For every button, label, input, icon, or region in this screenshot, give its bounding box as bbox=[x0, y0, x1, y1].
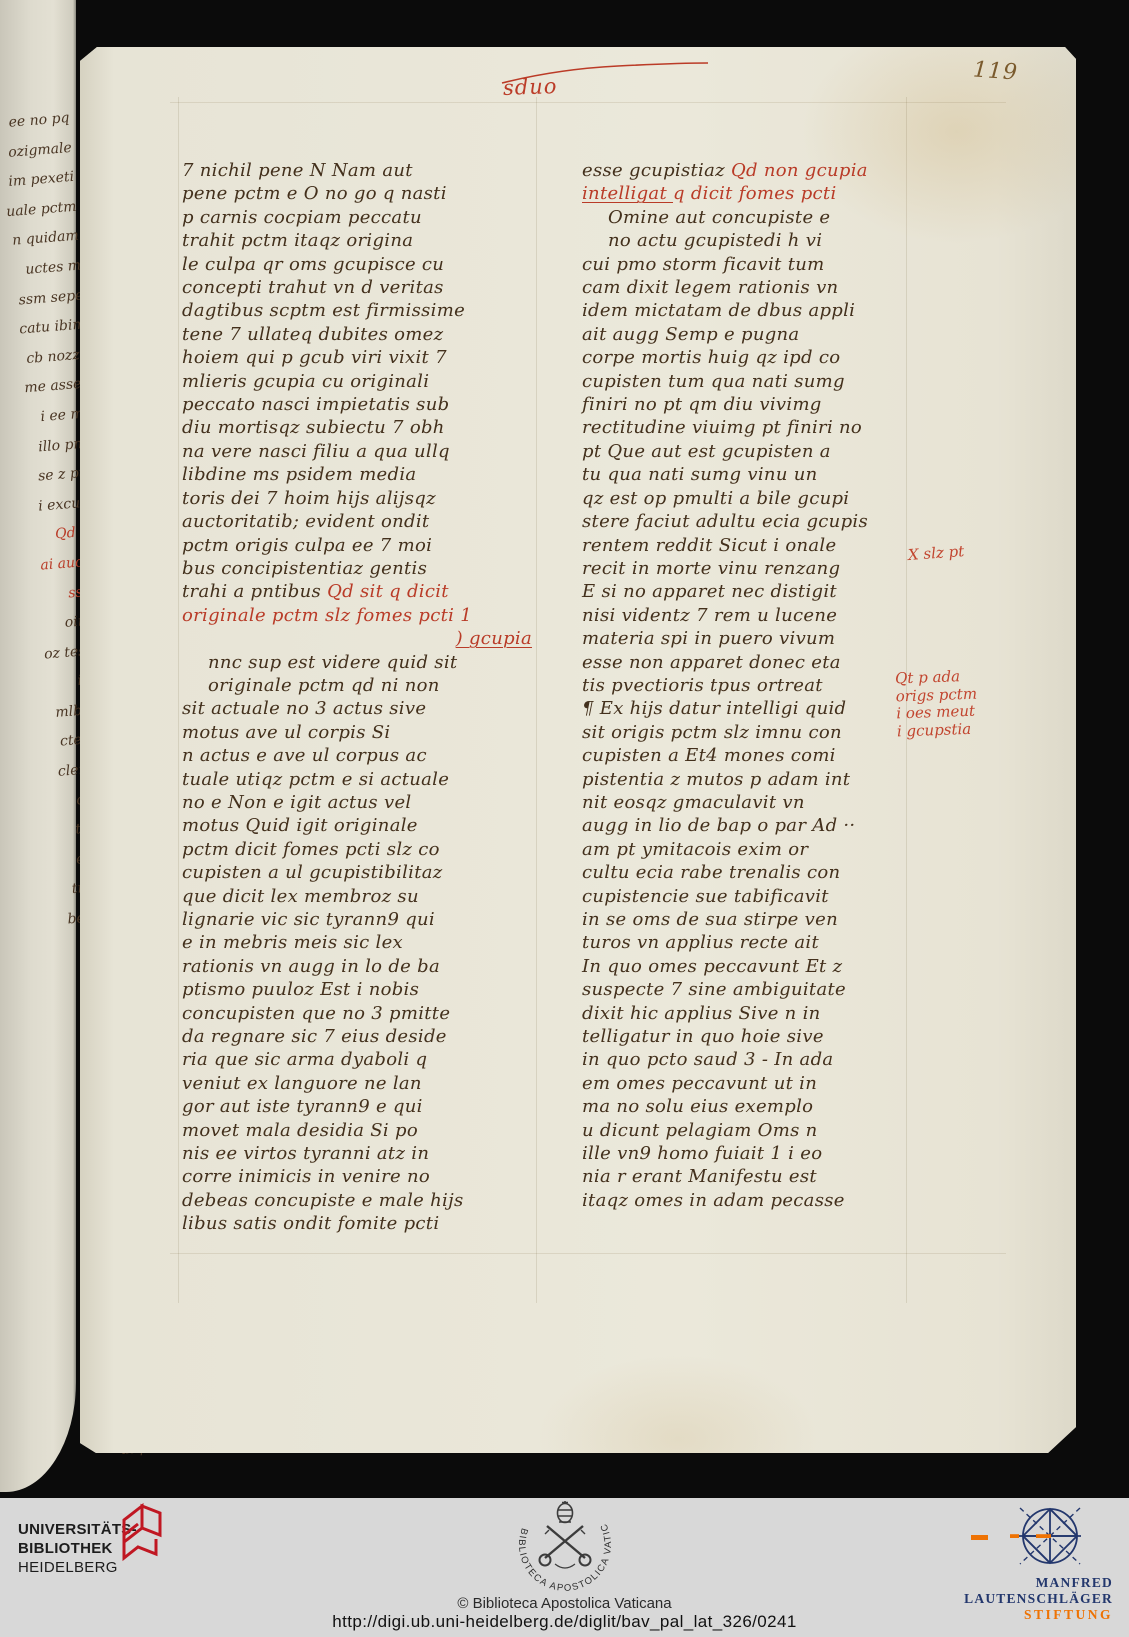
text-column-left: 7 nichil pene N Nam autpene pctm e O no … bbox=[182, 159, 560, 1236]
text-segment: lignarie vic sic tyrann9 qui bbox=[182, 909, 435, 930]
footer-bar: UNIVERSITÄTS- BIBLIOTHEK HEIDELBERG bbox=[0, 1498, 1129, 1637]
manuscript-line: dagtibus scptm est firmissime bbox=[182, 299, 560, 322]
text-segment: concupisten que no 3 pmitte bbox=[182, 1003, 450, 1024]
manuscript-line: motus ave ul corpis Si bbox=[182, 721, 560, 744]
text-segment: debeas concupiste e male hijs bbox=[182, 1190, 464, 1211]
text-segment: n actus e ave ul corpus ac bbox=[182, 745, 427, 766]
manuscript-line: nit eosqz gmaculavit vn bbox=[582, 791, 934, 814]
text-segment: cam dixit legem rationis vn bbox=[582, 277, 838, 298]
manuscript-line: rectitudine viuimg pt finiri no bbox=[582, 416, 934, 439]
running-title: sduo bbox=[503, 74, 558, 100]
text-segment: tuale utiqz pctm e si actuale bbox=[182, 769, 449, 790]
text-segment: sit origis pctm slz imnu con bbox=[582, 722, 842, 743]
crossed-keys-icon bbox=[540, 1526, 591, 1568]
manuscript-line: rentem reddit Sicut i onale bbox=[582, 534, 934, 557]
text-segment: q dicit fomes pcti bbox=[673, 183, 837, 204]
ruling-line-bottom bbox=[170, 1253, 1006, 1254]
text-segment: Qd sit q dicit bbox=[327, 581, 449, 602]
text-segment: veniut ex languore ne lan bbox=[182, 1073, 422, 1094]
ruling-line-top bbox=[170, 102, 1006, 103]
manuscript-line: diu mortisqz subiectu 7 obh bbox=[182, 416, 560, 439]
manuscript-line: concepti trahut vn d veritas bbox=[182, 276, 560, 299]
manuscript-line: pctm origis culpa ee 7 moi bbox=[182, 534, 560, 557]
manuscript-line: ria que sic arma dyaboli q bbox=[182, 1048, 560, 1071]
text-segment: tene 7 ullateq dubites omez bbox=[182, 324, 443, 345]
manuscript-line: gor aut iste tyrann9 e qui bbox=[182, 1095, 560, 1118]
manuscript-line: movet mala desidia Si po bbox=[182, 1119, 560, 1142]
manuscript-line: cupisten a ul gcupistibilitaz bbox=[182, 861, 560, 884]
vatican-seal: BIBLIOTECA APOSTOLICA VATICANA bbox=[499, 1500, 631, 1599]
manuscript-line: in se oms de sua stirpe ven bbox=[582, 908, 934, 931]
ml-line-3: STIFTUNG bbox=[964, 1607, 1113, 1623]
text-segment: no e Non e igit actus vel bbox=[182, 792, 411, 813]
manuscript-line: bus concipistentiaz gentis bbox=[182, 557, 560, 580]
text-segment: cultu ecia rabe trenalis con bbox=[582, 862, 840, 883]
manuscript-line: tu qua nati sumg vinu un bbox=[582, 463, 934, 486]
manuscript-line: debeas concupiste e male hijs bbox=[182, 1189, 560, 1212]
text-segment: p carnis cocpiam peccatu bbox=[182, 207, 422, 228]
manuscript-line: u dicunt pelagiam Oms n bbox=[582, 1119, 934, 1142]
manuscript-line: peccato nasci impietatis sub bbox=[182, 393, 560, 416]
manuscript-line: nis ee virtos tyranni atz in bbox=[182, 1142, 560, 1165]
manuscript-line: corre inimicis in venire no bbox=[182, 1165, 560, 1188]
ml-line-1: MANFRED bbox=[964, 1575, 1113, 1591]
manuscript-line: trahi a pntibus Qd sit q dicit bbox=[182, 580, 560, 603]
manuscript-line: materia spi in puero vivum bbox=[582, 627, 934, 650]
text-segment: rectitudine viuimg pt finiri no bbox=[582, 417, 862, 438]
manuscript-line: 7 nichil pene N Nam aut bbox=[182, 159, 560, 182]
text-segment: trahit pctm itaqz origina bbox=[182, 230, 413, 251]
text-segment: ) gcupia bbox=[456, 628, 532, 649]
manuscript-line: cupisten tum qua nati sumg bbox=[582, 370, 934, 393]
text-segment: nnc sup est videre quid sit bbox=[208, 652, 457, 673]
margin-note-rubric-1: X slz pt bbox=[907, 543, 964, 564]
manuscript-line: esse gcupistiaz Qd non gcupia bbox=[582, 159, 934, 182]
manuscript-line: tene 7 ullateq dubites omez bbox=[182, 323, 560, 346]
text-segment: nia r erant Manifestu est bbox=[582, 1166, 817, 1187]
text-segment: mlieris gcupia cu originali bbox=[182, 371, 429, 392]
manuscript-line: lignarie vic sic tyrann9 qui bbox=[182, 908, 560, 931]
text-segment: rentem reddit Sicut i onale bbox=[582, 535, 836, 556]
manuscript-line: ¶ Ex hijs datur intelligi quid bbox=[582, 697, 934, 720]
text-segment: intelligat bbox=[582, 183, 673, 204]
manuscript-line: E si no apparet nec distigit bbox=[582, 580, 934, 603]
text-segment: E si no apparet nec distigit bbox=[582, 581, 837, 602]
manuscript-line: hoiem qui p gcub viri vixit 7 bbox=[182, 346, 560, 369]
text-segment: concepti trahut vn d veritas bbox=[182, 277, 444, 298]
text-segment: bus concipistentiaz gentis bbox=[182, 558, 427, 579]
manuscript-line: cupisten a Et4 mones comi bbox=[582, 744, 934, 767]
text-segment: no actu gcupistedi h vi bbox=[608, 230, 822, 251]
manuscript-line: pctm dicit fomes pcti slz co bbox=[182, 838, 560, 861]
text-segment: telligatur in quo hoie sive bbox=[582, 1026, 824, 1047]
manuscript-line: cupistencie sue tabificavit bbox=[582, 885, 934, 908]
text-segment: suspecte 7 sine ambiguitate bbox=[582, 979, 846, 1000]
text-segment: cupistencie sue tabificavit bbox=[582, 886, 829, 907]
manuscript-line: recit in morte vinu renzang bbox=[582, 557, 934, 580]
manuscript-line: rationis vn augg in lo de ba bbox=[182, 955, 560, 978]
text-segment: itaqz omes in adam pecasse bbox=[582, 1190, 845, 1211]
text-segment: dixit hic applius Sive n in bbox=[582, 1003, 821, 1024]
manuscript-line: motus Quid igit originale bbox=[182, 814, 560, 837]
manuscript-line: esse non apparet donec eta bbox=[582, 651, 934, 674]
copyright-line: © Biblioteca Apostolica Vaticana bbox=[0, 1595, 1129, 1612]
manuscript-page: sduo 119 7 nichil pene N Nam autpene pct… bbox=[80, 47, 1076, 1453]
margin-note-rubric-2: Qt p adaorigs pctmi oes meuti gcupstia bbox=[895, 668, 979, 741]
text-segment: movet mala desidia Si po bbox=[182, 1120, 418, 1141]
manuscript-line: libdine ms psidem media bbox=[182, 463, 560, 486]
manuscript-line: stere faciut adultu ecia gcupis bbox=[582, 510, 934, 533]
orange-dash bbox=[971, 1535, 988, 1540]
manuscript-line: tis pvectioris tpus ortreat bbox=[582, 674, 934, 697]
text-segment: originale pctm qd ni non bbox=[208, 675, 440, 696]
margin-note-line: i gcupstia bbox=[897, 720, 979, 740]
text-segment: cupisten tum qua nati sumg bbox=[582, 371, 845, 392]
text-segment: tis pvectioris tpus ortreat bbox=[582, 675, 823, 696]
manuscript-line: nia r erant Manifestu est bbox=[582, 1165, 934, 1188]
manuscript-line: pene pctm e O no go q nasti bbox=[182, 182, 560, 205]
text-segment: 7 nichil pene N Nam aut bbox=[182, 160, 413, 181]
manuscript-line: ma no solu eius exemplo bbox=[582, 1095, 934, 1118]
text-segment: trahi a pntibus bbox=[182, 581, 327, 602]
text-segment: qz est op pmulti a bile gcupi bbox=[582, 488, 849, 509]
manuscript-line: cui pmo storm ficavit tum bbox=[582, 253, 934, 276]
text-segment: turos vn applius recte ait bbox=[582, 932, 819, 953]
text-segment: ria que sic arma dyaboli q bbox=[182, 1049, 427, 1070]
text-segment: motus Quid igit originale bbox=[182, 815, 418, 836]
text-segment: hoiem qui p gcub viri vixit 7 bbox=[182, 347, 447, 368]
text-segment: In quo omes peccavunt Et z bbox=[582, 956, 842, 977]
manuscript-line: cam dixit legem rationis vn bbox=[582, 276, 934, 299]
manuscript-line: finiri no pt qm diu vivimg bbox=[582, 393, 934, 416]
manuscript-line: sit actuale no 3 actus sive bbox=[182, 697, 560, 720]
text-segment: tu qua nati sumg vinu un bbox=[582, 464, 818, 485]
ml-line-2: LAUTENSCHLÄGER bbox=[964, 1591, 1113, 1607]
text-segment: nis ee virtos tyranni atz in bbox=[182, 1143, 429, 1164]
manuscript-line: telligatur in quo hoie sive bbox=[582, 1025, 934, 1048]
text-column-right: esse gcupistiaz Qd non gcupiaintelligat … bbox=[582, 159, 934, 1212]
manuscript-line: idem mictatam de dbus appli bbox=[582, 299, 934, 322]
text-segment: ma no solu eius exemplo bbox=[582, 1096, 813, 1117]
tiara-icon bbox=[558, 1501, 573, 1523]
text-segment: u dicunt pelagiam Oms n bbox=[582, 1120, 818, 1141]
text-segment: materia spi in puero vivum bbox=[582, 628, 835, 649]
ub-heidelberg-book-icon bbox=[112, 1502, 168, 1572]
text-segment: na vere nasci filiu a qua ullq bbox=[182, 441, 450, 462]
manuscript-line: pt Que aut est gcupisten a bbox=[582, 440, 934, 463]
manuscript-line: que dicit lex membroz su bbox=[182, 885, 560, 908]
manuscript-line: no actu gcupistedi h vi bbox=[582, 229, 934, 252]
ml-stiftung-compass-icon bbox=[1008, 1500, 1086, 1572]
manuscript-line: augg in lio de bap o par Ad ·· bbox=[582, 814, 934, 837]
manuscript-line: am pt ymitacois exim or bbox=[582, 838, 934, 861]
manuscript-line: da regnare sic 7 eius deside bbox=[182, 1025, 560, 1048]
text-segment: diu mortisqz subiectu 7 obh bbox=[182, 417, 445, 438]
manuscript-line: auctoritatib; evident ondit bbox=[182, 510, 560, 533]
text-segment: gor aut iste tyrann9 e qui bbox=[182, 1096, 423, 1117]
text-segment: stere faciut adultu ecia gcupis bbox=[582, 511, 868, 532]
manuscript-line: qz est op pmulti a bile gcupi bbox=[582, 487, 934, 510]
manuscript-line: mlieris gcupia cu originali bbox=[182, 370, 560, 393]
text-segment: libdine ms psidem media bbox=[182, 464, 416, 485]
text-segment: le culpa qr oms gcupisce cu bbox=[182, 254, 444, 275]
manuscript-line: cultu ecia rabe trenalis con bbox=[582, 861, 934, 884]
manuscript-line: no e Non e igit actus vel bbox=[182, 791, 560, 814]
manuscript-line: originale pctm qd ni non bbox=[182, 674, 560, 697]
manuscript-line: dixit hic applius Sive n in bbox=[582, 1002, 934, 1025]
text-segment: pctm dicit fomes pcti slz co bbox=[182, 839, 440, 860]
manuscript-line: corpe mortis huig qz ipd co bbox=[582, 346, 934, 369]
manuscript-line: turos vn applius recte ait bbox=[582, 931, 934, 954]
text-segment: in se oms de sua stirpe ven bbox=[582, 909, 838, 930]
text-segment: esse non apparet donec eta bbox=[582, 652, 841, 673]
text-segment: que dicit lex membroz su bbox=[182, 886, 419, 907]
manuscript-line: pistentia z mutos p adam int bbox=[582, 768, 934, 791]
text-segment: libus satis ondit fomite pcti bbox=[182, 1213, 439, 1234]
text-segment: recit in morte vinu renzang bbox=[582, 558, 840, 579]
text-segment: augg in lio de bap o par Ad ·· bbox=[582, 815, 855, 836]
manuscript-line: concupisten que no 3 pmitte bbox=[182, 1002, 560, 1025]
text-segment: toris dei 7 hoim hijs alijsqz bbox=[182, 488, 436, 509]
manuscript-line: in quo pcto saud 3 - In ada bbox=[582, 1048, 934, 1071]
text-segment: in quo pcto saud 3 - In ada bbox=[582, 1049, 833, 1070]
manuscript-line: libus satis ondit fomite pcti bbox=[182, 1212, 560, 1235]
text-segment: pene pctm e O no go q nasti bbox=[182, 183, 447, 204]
text-segment: originale pctm slz fomes pcti 1 bbox=[182, 605, 472, 626]
text-segment: rationis vn augg in lo de ba bbox=[182, 956, 440, 977]
manuscript-line: nnc sup est videre quid sit bbox=[182, 651, 560, 674]
text-segment: Qd non gcupia bbox=[731, 160, 868, 181]
text-segment: ille vn9 homo fuiait 1 i eo bbox=[582, 1143, 822, 1164]
text-segment: pctm origis culpa ee 7 moi bbox=[182, 535, 432, 556]
manuscript-line: e in mebris meis sic lex bbox=[182, 931, 560, 954]
manuscript-line: trahit pctm itaqz origina bbox=[182, 229, 560, 252]
manuscript-line: p carnis cocpiam peccatu bbox=[182, 206, 560, 229]
text-segment: em omes peccavunt ut in bbox=[582, 1073, 817, 1094]
text-segment: motus ave ul corpis Si bbox=[182, 722, 391, 743]
manuscript-line: intelligat q dicit fomes pcti bbox=[582, 182, 934, 205]
manuscript-line: toris dei 7 hoim hijs alijsqz bbox=[182, 487, 560, 510]
manuscript-line: itaqz omes in adam pecasse bbox=[582, 1189, 934, 1212]
manuscript-line: em omes peccavunt ut in bbox=[582, 1072, 934, 1095]
text-segment: corpe mortis huig qz ipd co bbox=[582, 347, 840, 368]
manuscript-line: ait augg Semp e pugna bbox=[582, 323, 934, 346]
text-segment: auctoritatib; evident ondit bbox=[182, 511, 429, 532]
text-segment: Omine aut concupiste e bbox=[608, 207, 830, 228]
text-segment: nisi videntz 7 rem u lucene bbox=[582, 605, 837, 626]
text-segment: sit actuale no 3 actus sive bbox=[182, 698, 426, 719]
text-segment: esse gcupistiaz bbox=[582, 160, 731, 181]
text-segment: ptismo puuloz Est i nobis bbox=[182, 979, 419, 1000]
manuscript-line: le culpa qr oms gcupisce cu bbox=[182, 253, 560, 276]
digitized-manuscript-viewer: ee no pqozigmaleim pexetiuale pctmn quid… bbox=[0, 0, 1129, 1637]
manuscript-line: originale pctm slz fomes pcti 1 bbox=[182, 604, 560, 627]
text-segment: corre inimicis in venire no bbox=[182, 1166, 430, 1187]
text-segment: nit eosqz gmaculavit vn bbox=[582, 792, 805, 813]
facing-page-edge: ee no pqozigmaleim pexetiuale pctmn quid… bbox=[0, 0, 76, 1492]
manuscript-line: n actus e ave ul corpus ac bbox=[182, 744, 560, 767]
manuscript-line: ille vn9 homo fuiait 1 i eo bbox=[582, 1142, 934, 1165]
text-segment: ait augg Semp e pugna bbox=[582, 324, 799, 345]
text-segment: finiri no pt qm diu vivimg bbox=[582, 394, 822, 415]
text-segment: da regnare sic 7 eius deside bbox=[182, 1026, 447, 1047]
manuscript-line: tuale utiqz pctm e si actuale bbox=[182, 768, 560, 791]
manuscript-line: sit origis pctm slz imnu con bbox=[582, 721, 934, 744]
manuscript-line: suspecte 7 sine ambiguitate bbox=[582, 978, 934, 1001]
manuscript-line: na vere nasci filiu a qua ullq bbox=[182, 440, 560, 463]
margin-note-line: X slz pt bbox=[907, 543, 964, 564]
folio-number: 119 bbox=[972, 57, 1019, 85]
text-segment: e in mebris meis sic lex bbox=[182, 932, 403, 953]
ml-stiftung-wordmark: MANFRED LAUTENSCHLÄGER STIFTUNG bbox=[964, 1575, 1113, 1623]
manuscript-line: Omine aut concupiste e bbox=[582, 206, 934, 229]
manuscript-line: In quo omes peccavunt Et z bbox=[582, 955, 934, 978]
text-segment: cupisten a Et4 mones comi bbox=[582, 745, 836, 766]
manuscript-line: ) gcupia bbox=[182, 627, 560, 650]
ruling-line-left-margin bbox=[178, 97, 179, 1303]
manuscript-line: ptismo puuloz Est i nobis bbox=[182, 978, 560, 1001]
text-segment: am pt ymitacois exim or bbox=[582, 839, 808, 860]
source-url: http://digi.ub.uni-heidelberg.de/diglit/… bbox=[0, 1612, 1129, 1632]
text-segment: peccato nasci impietatis sub bbox=[182, 394, 449, 415]
text-segment: ¶ Ex hijs datur intelligi quid bbox=[582, 698, 846, 719]
text-segment: cupisten a ul gcupistibilitaz bbox=[182, 862, 443, 883]
manuscript-line: nisi videntz 7 rem u lucene bbox=[582, 604, 934, 627]
text-segment: pistentia z mutos p adam int bbox=[582, 769, 850, 790]
text-segment: idem mictatam de dbus appli bbox=[582, 300, 855, 321]
text-segment: cui pmo storm ficavit tum bbox=[582, 254, 825, 275]
text-segment: pt Que aut est gcupisten a bbox=[582, 441, 831, 462]
manuscript-line: veniut ex languore ne lan bbox=[182, 1072, 560, 1095]
text-segment: dagtibus scptm est firmissime bbox=[182, 300, 465, 321]
